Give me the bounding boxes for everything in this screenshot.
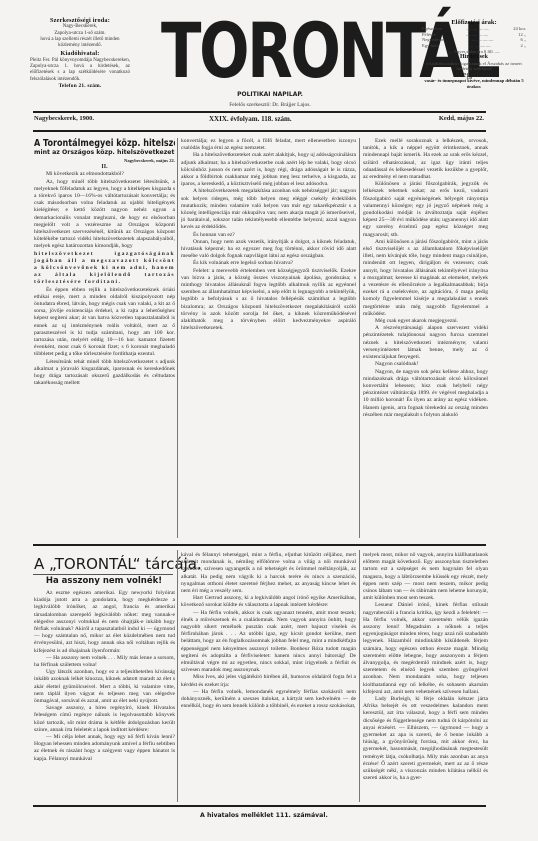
paragraph: És kik volnának erre legelső sorban hiva… xyxy=(181,260,356,267)
paragraph: Az eszme egészen amerikai. Egy newyorki … xyxy=(34,590,175,655)
paragraph: Még csak egyet akarok megjegyezni. xyxy=(363,318,488,325)
section-rule xyxy=(33,544,486,546)
lead-headline: A Torontálmegyei közp. hitelszövetkezet xyxy=(34,138,155,149)
phone-number: Telefon 21. szám. xyxy=(30,83,130,89)
bottom-rule xyxy=(33,805,486,807)
lead-article-col-3: Ezek mellé sorakoznak a lelkészek, orvos… xyxy=(363,138,488,538)
paragraph: Lady Burleigh, ki férje oldalán kétszer … xyxy=(363,696,488,782)
paragraph: kával és félannyi tehetséggel, mint a fé… xyxy=(181,552,356,595)
column-divider xyxy=(177,550,178,802)
newspaper-page: Szerkesztőségi iroda: Nagy-Becskerek, Za… xyxy=(0,0,538,841)
paragraph: Ezek mellé sorakoznak a lelkészek, orvos… xyxy=(363,138,488,181)
paragraph: — Ha asszony nem volnék . . . Mily más l… xyxy=(34,655,175,669)
column-divider xyxy=(359,550,360,802)
paragraph: Létesítsünk tehát minél több hitelszövet… xyxy=(34,359,175,388)
paragraph: Különösen a járási főszolgabírák, jegyző… xyxy=(363,181,488,239)
paragraph: konvertálja; ez legyen a főcél, a főfő f… xyxy=(181,138,356,152)
feuilleton-col-3: melyek most, mikor nő vagyok, annyira ki… xyxy=(363,552,488,802)
lead-article-col-2: konvertálja; ez legyen a főcél, a főfő f… xyxy=(181,138,356,538)
rate-value: 2 „ xyxy=(521,43,526,49)
column-divider xyxy=(177,138,178,538)
feuilleton-title: Ha asszony nem volnék! xyxy=(34,576,174,586)
volume-number: XXIX. évfolyam. 118. szám. xyxy=(209,115,292,123)
feuilleton-col-2: kával és félannyi tehetséggel, mint a fé… xyxy=(181,552,356,802)
paragraph: Ha a hitelszövetkezeteket csak azért ala… xyxy=(181,152,356,188)
subscription-info: Előfizetési árak: Egész évre— — — —24 ko… xyxy=(418,20,530,90)
paragraph: Ugy látszik azonban, hogy ez a teljesíth… xyxy=(34,669,175,705)
newspaper-subtitle: POLITIKAI NAPILAP. xyxy=(190,91,350,98)
paragraph: melyek most, mikor nő vagyok, annyira ki… xyxy=(363,552,488,602)
editorial-office-info: Szerkesztőségi iroda: Nagy-Becskerek, Za… xyxy=(30,18,130,89)
paragraph: A részvénytársasági alapon szervezett vi… xyxy=(363,325,488,361)
paragraph: Lesueur Dániel írónő, kinek férfias stíl… xyxy=(363,602,488,696)
paragraph: Savage asszony, a híres regényíró, kinek… xyxy=(34,705,175,734)
rate-label: Egy hóra xyxy=(422,43,439,49)
editorial-note: hová a lap szellemi részét illető minden… xyxy=(30,37,130,50)
lead-subheadline: mint az Országos közp. hitelszövetkezet … xyxy=(34,149,175,157)
paragraph: — Mi célja lehet annak, hogy egy nő férf… xyxy=(34,734,175,763)
responsible-editor: Felelős szerkesztő: Dr. Brájjer Lajos. xyxy=(170,102,370,108)
paragraph: A hitelszövetkezetek megalakítása azonba… xyxy=(181,188,356,231)
paragraph: Az, hogy minél több hitelszövetkezetet l… xyxy=(34,179,175,251)
lead-section: II. xyxy=(34,164,175,171)
paragraph-emphasis: hitelszövetkezet igazgatóságának jogában… xyxy=(34,251,175,287)
paragraph: Ami különösen a járási főszolgabírót, mi… xyxy=(363,239,488,318)
paragraph: Miss Ives, aki jeles vígjátékíró hírében… xyxy=(181,674,356,688)
publisher-text: Pleitz Fer. Pál könyvnyomdája Nagybecske… xyxy=(30,58,130,83)
supplement-note: A hivatalos melléklet 111. számával. xyxy=(200,812,328,819)
issue-day: Kedd, május 22. xyxy=(439,115,484,122)
feuilleton-underline xyxy=(33,574,173,575)
column-divider xyxy=(359,138,360,538)
paragraph: Hart Gertrud asszony, ki a legkiválóbb a… xyxy=(181,595,356,609)
paragraph: Felelet: a merevebb értelemben vett közs… xyxy=(181,268,356,333)
paragraph: — Ha férfiu volnék, akkor is csak ugyana… xyxy=(181,610,356,675)
paragraph: Nagyon csalódnak! xyxy=(363,361,488,368)
appears-text: vasár- és ünnepnapot kivéve, mindennap d… xyxy=(418,78,530,90)
feuilleton-col-1: Az eszme egészen amerikai. Egy newyorki … xyxy=(34,590,175,802)
top-rule xyxy=(33,111,486,113)
paragraph: És éppen ebben rejlik a hitelszövetkezet… xyxy=(34,287,175,359)
lead-place: Nagybecskerek, május 22. xyxy=(34,157,175,164)
paragraph: Mi következik az elmondottakból? xyxy=(34,171,175,178)
lead-article-col-1: A Torontálmegyei közp. hitelszövetkezet … xyxy=(34,138,175,538)
paragraph: — Ha férfiu volnék, lemondanék egynémely… xyxy=(181,689,356,711)
paragraph: És honnan van ez? xyxy=(181,232,356,239)
place-year: Nagybecskerek, 1900. xyxy=(34,115,94,122)
dateline: Nagybecskerek, 1900. XXIX. évfolyam. 118… xyxy=(34,115,486,127)
feuilleton-heading: A „TORONTÁL“ tárcája. xyxy=(34,555,174,573)
newspaper-title: TORONTÁL xyxy=(161,12,381,90)
paragraph: Onnan, hogy nem azok vezetik, irányítják… xyxy=(181,239,356,261)
paragraph: Nagyon, de nagyon sok pénz kellene ahhoz… xyxy=(363,369,488,419)
dateline-rule xyxy=(33,130,486,132)
